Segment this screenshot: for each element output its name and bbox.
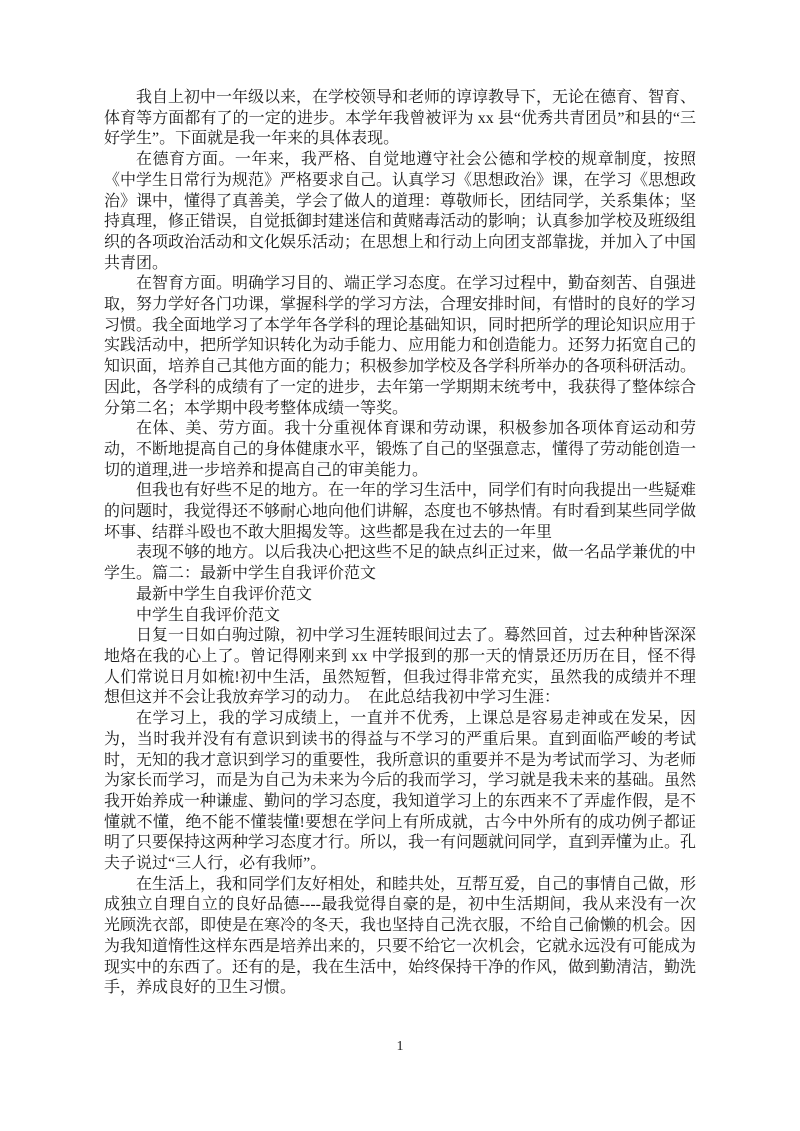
heading-part-two-title: 最新中学生自我评价范文 xyxy=(104,585,696,606)
document-body: 我自上初中一年级以来，在学校领导和老师的谆谆教导下，无论在德育、智育、体育等方面… xyxy=(104,88,696,999)
paragraph-shortcomings: 但我也有好些不足的地方。在一年的学习生活中，同学们有时向我提出一些疑难的问题时，… xyxy=(104,481,696,543)
paragraph-physical-education: 在体、美、劳方面。我十分重视体育课和劳动课，积极参加各项体育运动和劳动，不断地提… xyxy=(104,419,696,481)
paragraph-moral-education: 在德育方面。一年来，我严格、自觉地遵守社会公德和学校的规章制度，按照《中学生日常… xyxy=(104,150,696,274)
paragraph-study-life: 在学习上，我的学习成绩上，一直并不优秀，上课总是容易走神或在发呆，因为，当时我并… xyxy=(104,709,696,875)
paragraph-resolution: 表现不够的地方。以后我决心把这些不足的缺点纠正过来，做一名品学兼优的中学生。篇二… xyxy=(104,543,696,584)
paragraph-intro: 我自上初中一年级以来，在学校领导和老师的谆谆教导下，无论在德育、智育、体育等方面… xyxy=(104,88,696,150)
page-number: 1 xyxy=(0,1038,800,1056)
paragraph-retrospect: 日复一日如白驹过隙，初中学习生涯转眼间过去了。蓦然回首，过去种种皆深深地烙在我的… xyxy=(104,626,696,709)
paragraph-intellectual-education: 在智育方面。明确学习目的、端正学习态度。在学习过程中，勤奋刻苦、自强进取，努力学… xyxy=(104,274,696,419)
paragraph-daily-life: 在生活上，我和同学们友好相处，和睦共处，互帮互爱，自己的事情自己做，形成独立自理… xyxy=(104,875,696,999)
document-page: 我自上初中一年级以来，在学校领导和老师的谆谆教导下，无论在德育、智育、体育等方面… xyxy=(0,0,800,1131)
heading-subtitle: 中学生自我评价范文 xyxy=(104,606,696,627)
